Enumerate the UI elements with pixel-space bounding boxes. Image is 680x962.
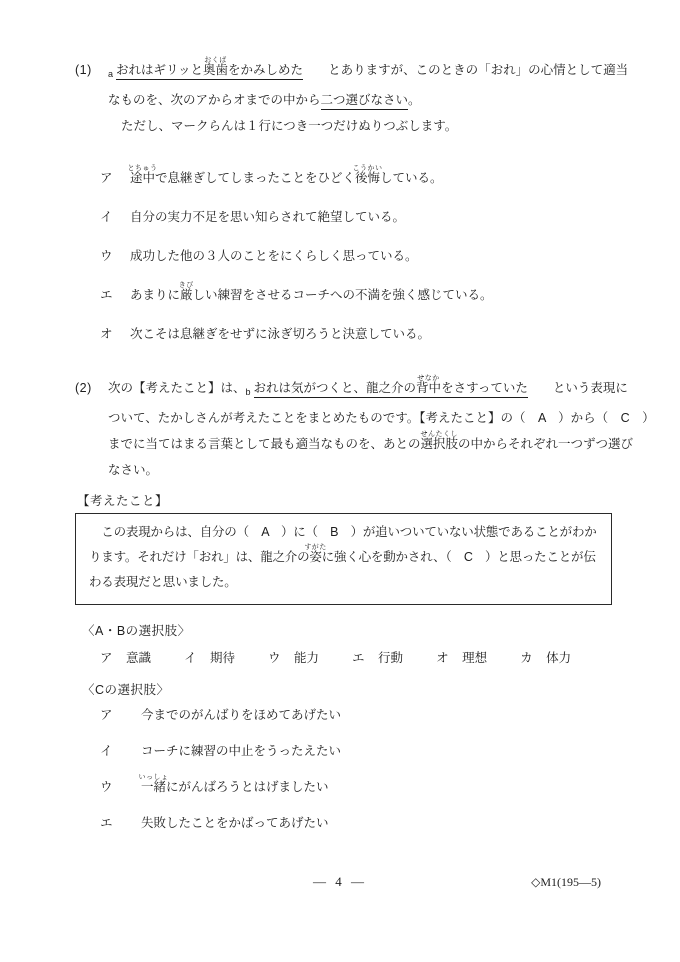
q1-option-i-text: 自分の実力不足を思い知らされて絶望している。 bbox=[130, 204, 405, 230]
furigana: こうかい bbox=[353, 165, 383, 172]
thoughts-heading: 【考えたこと】 bbox=[77, 491, 612, 511]
q1-option-a-text: 途中とちゅうで息継ぎしてしまったことをひどく後悔こうかいしている。 bbox=[130, 165, 443, 191]
ab-option-u-label: ウ bbox=[268, 646, 294, 670]
question-2-number: (2) bbox=[75, 375, 108, 401]
furigana: きび bbox=[179, 282, 194, 289]
question-2-line-4: なさい。 bbox=[108, 457, 612, 483]
ab-option-u: ウ 能力 bbox=[268, 646, 319, 670]
c-option-u-text: 一緒いっしょにがんばろうとはげましたい bbox=[141, 775, 329, 799]
question-1-options: ア 途中とちゅうで息継ぎしてしまったことをひどく後悔こうかいしている。 イ 自分… bbox=[100, 165, 612, 347]
c-option-u-label: ウ bbox=[97, 775, 141, 799]
ab-option-o-label: オ bbox=[436, 646, 462, 670]
furigana: とちゅう bbox=[128, 165, 158, 172]
q1-option-u-label: ウ bbox=[100, 243, 130, 269]
ab-option-e-text: 行動 bbox=[378, 646, 403, 670]
ab-option-i-label: イ bbox=[184, 646, 210, 670]
ab-option-o: オ 理想 bbox=[436, 646, 487, 670]
q1-option-o-text: 次こそは息継ぎをせずに泳ぎ切ろうと決意している。 bbox=[130, 321, 430, 347]
furigana: すがた bbox=[304, 544, 327, 551]
c-choices-heading: 〈Cの選択肢〉 bbox=[82, 680, 612, 700]
question-1-line-3: ただし、マークらんは１行につき一つだけぬりつぶします。 bbox=[108, 113, 612, 139]
ab-option-a: ア 意識 bbox=[100, 646, 151, 670]
q1-option-e: エ あまりに厳きびしい練習をさせるコーチへの不満を強く感じている。 bbox=[100, 282, 612, 308]
thoughts-line-1: この表現からは、自分の（ A ）に（ B ）が追いついていない状態であることがわ… bbox=[89, 520, 598, 545]
ab-choices-row: ア 意識 イ 期待 ウ 能力 エ 行動 オ 理想 カ 体力 bbox=[100, 646, 612, 670]
c-option-i: イ コーチに練習の中止をうったえたい bbox=[97, 739, 612, 763]
furigana: いっしょ bbox=[139, 774, 169, 781]
question-2-line-2: ついて、たかしさんが考えたことをまとめたものです。【考えたこと】の（ A ）から… bbox=[108, 405, 612, 431]
c-option-u: ウ 一緒いっしょにがんばろうとはげましたい bbox=[97, 775, 612, 799]
ab-option-o-text: 理想 bbox=[462, 646, 487, 670]
document-code: ◇M1(195—5) bbox=[531, 875, 601, 890]
ab-option-ka-text: 体力 bbox=[546, 646, 571, 670]
q1-option-e-label: エ bbox=[100, 282, 130, 308]
furigana: せんたくし bbox=[421, 431, 459, 438]
ab-option-ka: カ 体力 bbox=[520, 646, 571, 670]
c-option-i-text: コーチに練習の中止をうったえたい bbox=[141, 739, 341, 763]
c-option-a: ア 今までのがんばりをほめてあげたい bbox=[97, 703, 612, 727]
c-choices-list: ア 今までのがんばりをほめてあげたい イ コーチに練習の中止をうったえたい ウ … bbox=[97, 703, 612, 835]
c-option-a-text: 今までのがんばりをほめてあげたい bbox=[141, 703, 341, 727]
ab-option-i: イ 期待 bbox=[184, 646, 235, 670]
q1-option-a: ア 途中とちゅうで息継ぎしてしまったことをひどく後悔こうかいしている。 bbox=[100, 165, 612, 191]
question-1-line-1: aおれはギリッと奥歯おくばをかみしめた とありますが、このときの「おれ」の心情と… bbox=[108, 57, 612, 87]
c-option-a-label: ア bbox=[97, 703, 141, 727]
q1-option-i: イ 自分の実力不足を思い知らされて絶望している。 bbox=[100, 204, 612, 230]
ab-option-i-text: 期待 bbox=[210, 646, 235, 670]
ab-choices-heading: 〈A・Bの選択肢〉 bbox=[82, 621, 612, 641]
ab-option-a-text: 意識 bbox=[126, 646, 151, 670]
ab-option-e: エ 行動 bbox=[352, 646, 403, 670]
ab-option-a-label: ア bbox=[100, 646, 126, 670]
q1-option-o: オ 次こそは息継ぎをせずに泳ぎ切ろうと決意している。 bbox=[100, 321, 612, 347]
q1-option-a-label: ア bbox=[100, 165, 130, 191]
thoughts-line-2: ります。それだけ「おれ」は、龍之介の姿すがたに強く心を動かされ、（ C ）と思っ… bbox=[89, 545, 598, 570]
c-option-e-text: 失敗したことをかばってあげたい bbox=[141, 811, 329, 835]
furigana: せなか bbox=[417, 375, 440, 382]
question-2-line-3: までに当てはまる言葉として最も適当なものを、あとの選択肢せんたくしの中からそれぞ… bbox=[108, 431, 612, 457]
question-2-line-1: 次の【考えたこと】は、bおれは気がつくと、龍之介の背中せなかをさすっていた とい… bbox=[108, 375, 612, 405]
thoughts-line-3: わる表現だと思いました。 bbox=[89, 570, 598, 595]
question-1-line-2: なものを、次のアからオまでの中から二つ選びなさい。 bbox=[108, 87, 612, 113]
q1-option-e-text: あまりに厳きびしい練習をさせるコーチへの不満を強く感じている。 bbox=[130, 282, 493, 308]
question-2: (2) 次の【考えたこと】は、bおれは気がつくと、龍之介の背中せなかをさすってい… bbox=[75, 375, 612, 483]
furigana: おくば bbox=[204, 57, 227, 64]
exam-page: (1) aおれはギリッと奥歯おくばをかみしめた とありますが、このときの「おれ」… bbox=[0, 0, 680, 962]
q1-option-u-text: 成功した他の３人のことをにくらしく思っている。 bbox=[130, 243, 418, 269]
question-1: (1) aおれはギリッと奥歯おくばをかみしめた とありますが、このときの「おれ」… bbox=[75, 57, 612, 139]
ab-option-u-text: 能力 bbox=[294, 646, 319, 670]
c-option-e: エ 失敗したことをかばってあげたい bbox=[97, 811, 612, 835]
question-1-number: (1) bbox=[75, 57, 108, 83]
c-option-i-label: イ bbox=[97, 739, 141, 763]
c-option-e-label: エ bbox=[97, 811, 141, 835]
exam-content: (1) aおれはギリッと奥歯おくばをかみしめた とありますが、このときの「おれ」… bbox=[75, 57, 612, 847]
q1-option-i-label: イ bbox=[100, 204, 130, 230]
thoughts-box: この表現からは、自分の（ A ）に（ B ）が追いついていない状態であることがわ… bbox=[75, 513, 612, 605]
q1-option-u: ウ 成功した他の３人のことをにくらしく思っている。 bbox=[100, 243, 612, 269]
q1-option-o-label: オ bbox=[100, 321, 130, 347]
ab-option-ka-label: カ bbox=[520, 646, 546, 670]
ab-option-e-label: エ bbox=[352, 646, 378, 670]
